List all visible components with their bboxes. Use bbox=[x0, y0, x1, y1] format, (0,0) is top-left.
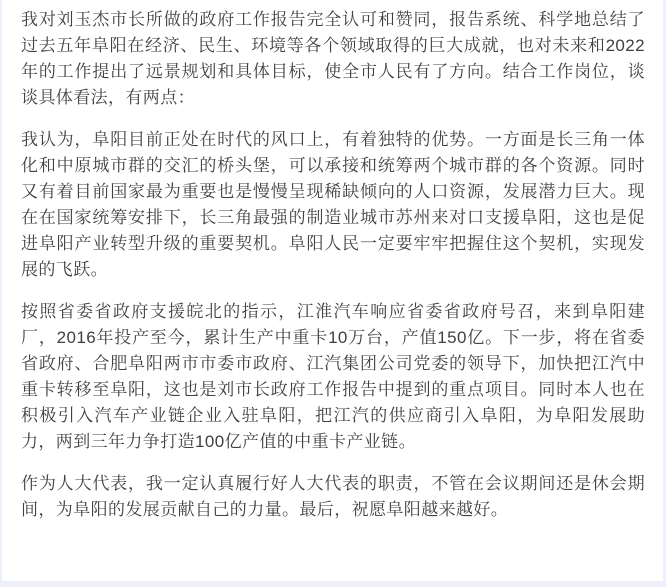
paragraph-jac-investment: 按照省委省政府支援皖北的指示，江淮汽车响应省委省政府号召，来到阜阳建厂，2016… bbox=[21, 299, 645, 455]
content-card: 我对刘玉杰市长所做的政府工作报告完全认可和赞同，报告系统、科学地总结了过去五年阜… bbox=[2, 0, 663, 581]
paragraph-intro: 我对刘玉杰市长所做的政府工作报告完全认可和赞同，报告系统、科学地总结了过去五年阜… bbox=[21, 7, 645, 111]
paragraph-opinion-advantages: 我认为，阜阳目前正处在时代的风口上，有着独特的优势。一方面是长三角一体化和中原城… bbox=[21, 127, 645, 283]
paragraph-closing: 作为人大代表，我一定认真履行好人大代表的职责，不管在会议期间还是休会期间，为阜阳… bbox=[21, 471, 645, 523]
document-text: 我对刘玉杰市长所做的政府工作报告完全认可和赞同，报告系统、科学地总结了过去五年阜… bbox=[2, 0, 663, 523]
